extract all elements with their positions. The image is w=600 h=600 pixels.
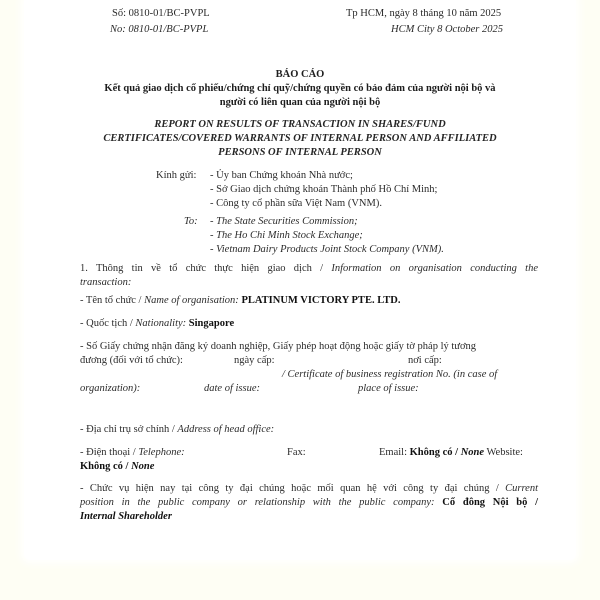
recipient-vn-1: - Ủy ban Chứng khoán Nhà nước;	[210, 169, 353, 183]
report-heading: BÁO CÁO	[24, 68, 576, 82]
nationality-value: Singapore	[189, 318, 234, 329]
position-value-en: Internal Shareholder	[80, 510, 172, 524]
recipient-vn-2: - Sở Giao dịch chứng khoán Thành phố Hồ …	[210, 183, 437, 197]
recipient-en-1: - The State Securities Commission;	[210, 215, 358, 229]
email-field: Email: Không có / None Website:	[379, 446, 523, 460]
recipient-en-2: - The Ho Chi Minh Stock Exchange;	[210, 229, 363, 243]
certificate-en-place: place of issue:	[358, 382, 419, 396]
certificate-vn-place: nơi cấp:	[408, 354, 442, 368]
nationality-row: - Quốc tịch / Nationality: Singapore	[80, 317, 234, 331]
certificate-vn-line1: - Số Giấy chứng nhận đăng ký doanh nghiệ…	[80, 340, 476, 354]
website-value: Không có / None	[80, 460, 154, 474]
document-number-en: No: 0810-01/BC-PVPL	[110, 23, 208, 37]
document-date-en: HCM City 8 October 2025	[391, 23, 503, 37]
document-page: Số: 0810-01/BC-PVPL No: 0810-01/BC-PVPL …	[24, 0, 576, 560]
recipient-vn-3: - Công ty cổ phần sữa Việt Nam (VNM).	[210, 197, 382, 211]
position-value-vn: Cổ đông Nội bộ /	[442, 497, 538, 508]
report-title-vn-line2: người có liên quan của người nội bộ	[24, 96, 576, 110]
recipient-en-3: - Vietnam Dairy Products Joint Stock Com…	[210, 243, 444, 257]
certificate-vn-line2: đương (đối với tổ chức):	[80, 354, 183, 368]
org-name-row: - Tên tổ chức / Name of organisation: PL…	[80, 294, 400, 308]
position-row-line2: position in the public company or relati…	[80, 496, 538, 510]
report-title-en-line2: CERTIFICATES/COVERED WARRANTS OF INTERNA…	[24, 132, 576, 146]
position-row-line1: - Chức vụ hiện nay tại công ty đại chúng…	[80, 482, 538, 496]
document-number-vn: Số: 0810-01/BC-PVPL	[112, 7, 210, 21]
report-title-en-line1: REPORT ON RESULTS OF TRANSACTION IN SHAR…	[24, 118, 576, 132]
document-date-vn: Tp HCM, ngày 8 tháng 10 năm 2025	[346, 7, 501, 21]
org-name-value: PLATINUM VICTORY PTE. LTD.	[241, 295, 400, 306]
recipients-label-en: To:	[184, 215, 198, 229]
fax-field: Fax:	[287, 446, 306, 460]
section1-heading-cont: transaction:	[80, 276, 131, 290]
section1-heading: 1. Thông tin về tổ chức thực hiện giao d…	[80, 262, 538, 276]
report-title-en-line3: PERSONS OF INTERNAL PERSON	[24, 146, 576, 160]
telephone-field: - Điện thoại / Telephone:	[80, 446, 185, 460]
certificate-vn-date: ngày cấp:	[234, 354, 275, 368]
address-row: - Địa chỉ trụ sở chính / Address of head…	[80, 423, 274, 437]
certificate-en-line2: organization):	[80, 382, 140, 396]
certificate-en-line1: / Certificate of business registration N…	[282, 368, 497, 382]
report-title-vn-line1: Kết quả giao dịch cổ phiếu/chứng chỉ quỹ…	[24, 82, 576, 96]
recipients-label-vn: Kính gửi:	[156, 169, 196, 183]
certificate-en-date: date of issue:	[204, 382, 260, 396]
